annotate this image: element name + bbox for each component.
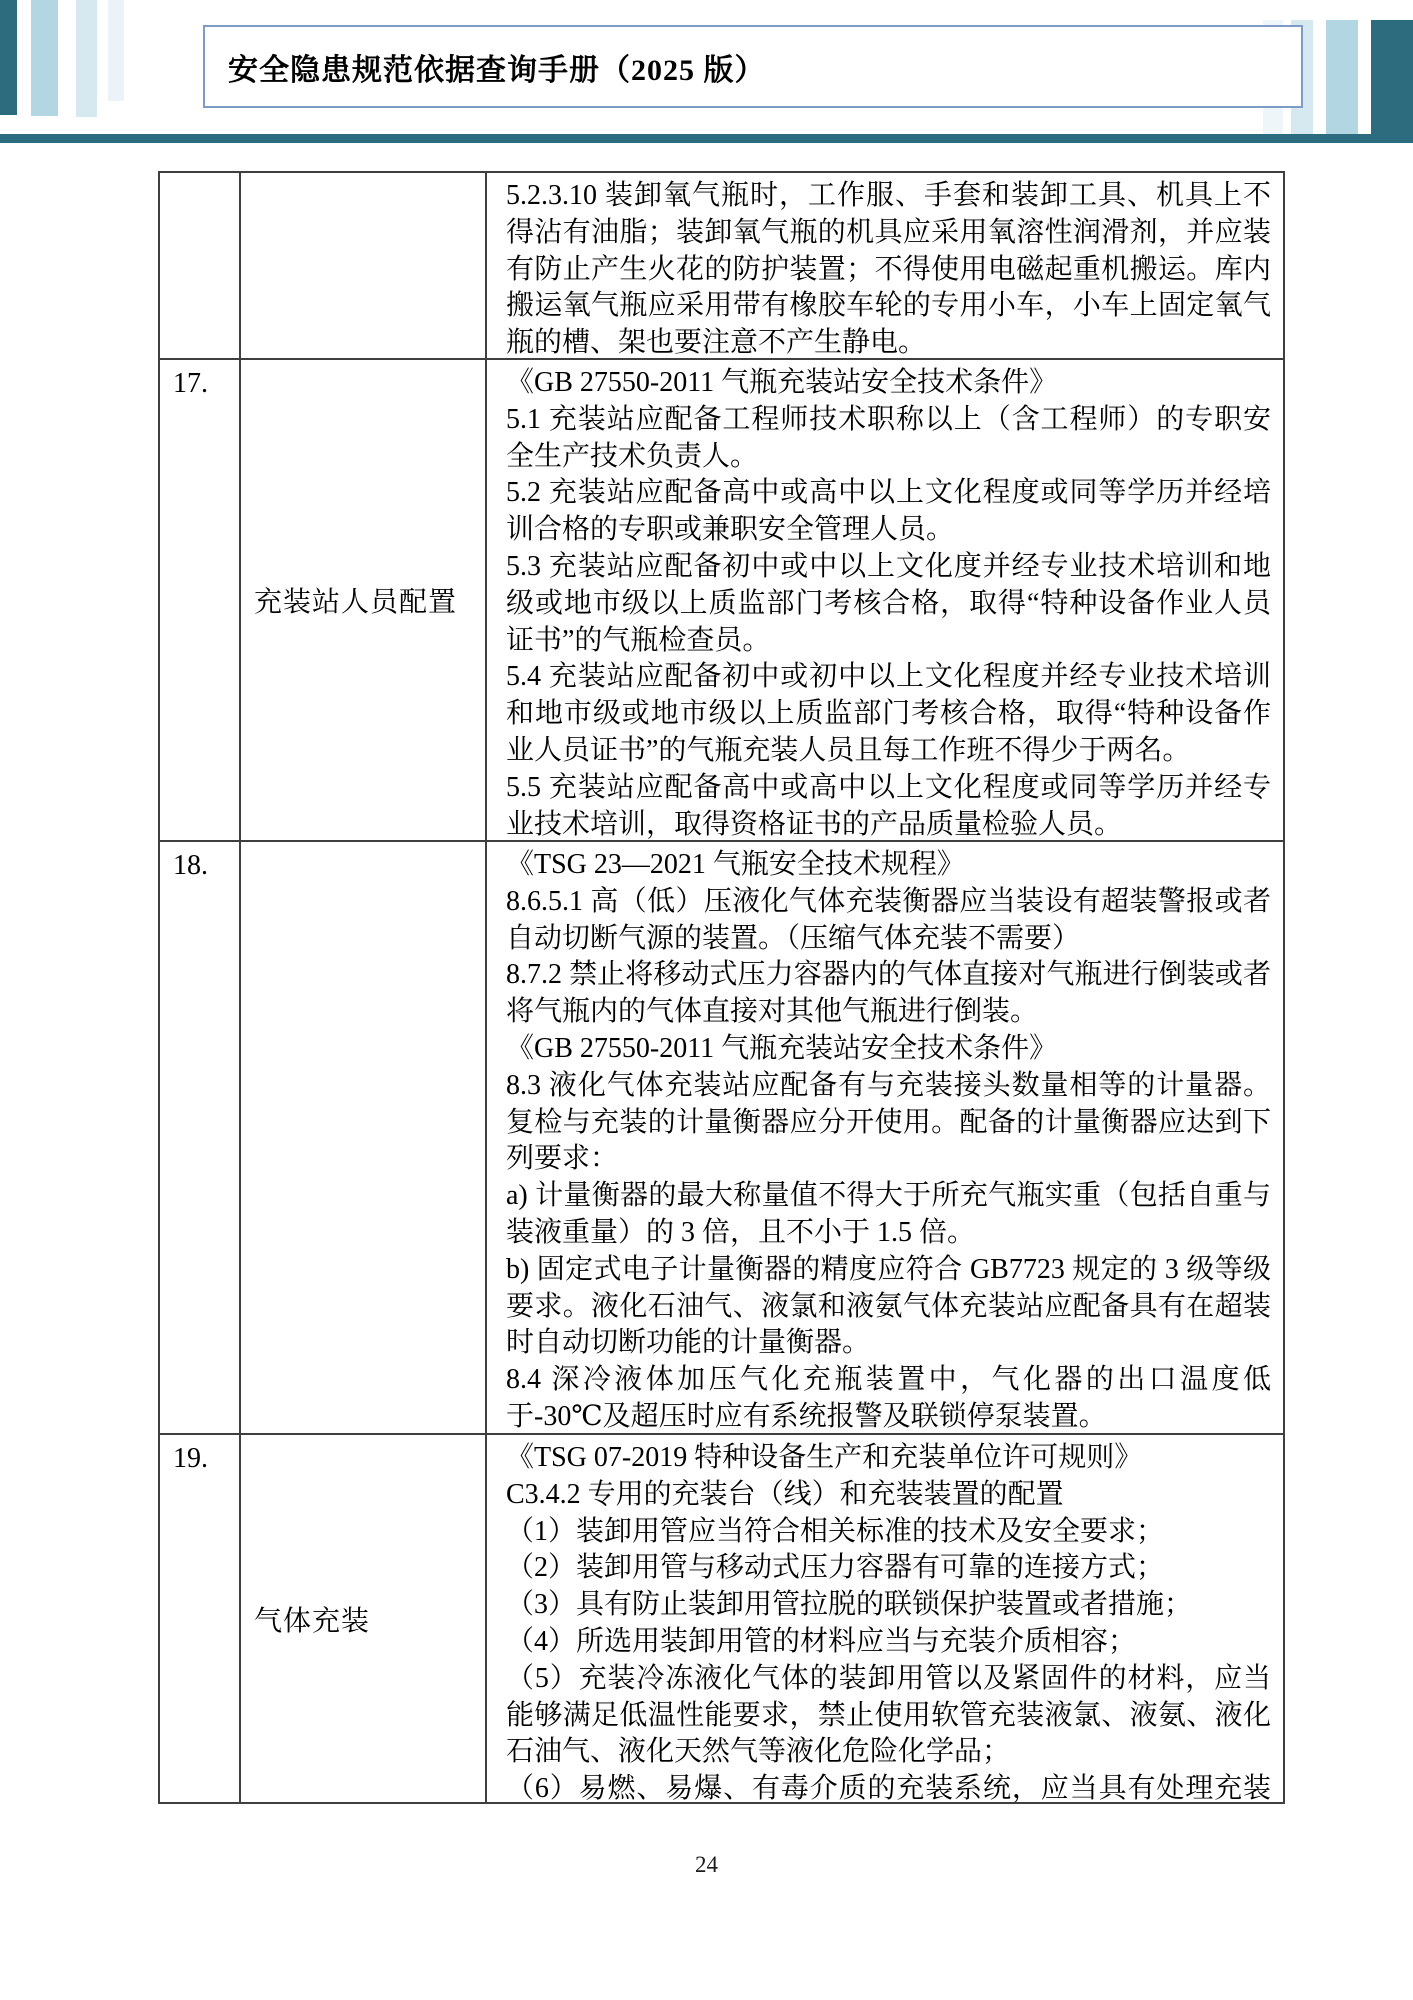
regulation-paragraph: 5.1 充装站应配备工程师技术职称以上（含工程师）的专职安全生产技术负责人。 xyxy=(506,402,1271,476)
left-blue-stripe-3 xyxy=(108,0,124,101)
regulation-paragraph: 8.6.5.1 高（低）压液化气体充装衡器应当装设有超装警报或者自动切断气源的装… xyxy=(506,884,1271,958)
regulation-paragraph: 8.7.2 禁止将移动式压力容器内的气体直接对气瓶进行倒装或者将气瓶内的气体直接… xyxy=(506,957,1271,1031)
left-teal-bar xyxy=(0,0,17,115)
row-content-cell: 《TSG 07-2019 特种设备生产和充装单位许可规则》 C3.4.2 专用的… xyxy=(487,1435,1285,1804)
regulation-paragraph: （5）充装冷冻液化气体的装卸用管以及紧固件的材料，应当能够满足低温性能要求，禁止… xyxy=(506,1661,1271,1771)
header-divider-bar xyxy=(0,134,1413,143)
regulation-paragraph: （4）所选用装卸用管的材料应当与充装介质相容； xyxy=(506,1624,1271,1661)
regulation-table: 5.2.3.10 装卸氧气瓶时，工作服、手套和装卸工具、机具上不得沾有油脂；装卸… xyxy=(158,171,1285,1804)
regulation-paragraph: （1）装卸用管应当符合相关标准的技术及安全要求； xyxy=(506,1514,1271,1551)
regulation-paragraph: 5.4 充装站应配备初中或初中以上文化程度并经专业技术培训和地市级或地市级以上质… xyxy=(506,659,1271,769)
row-number-cell xyxy=(160,173,241,360)
regulation-paragraph: （3）具有防止装卸用管拉脱的联锁保护装置或者措施； xyxy=(506,1587,1271,1624)
left-blue-stripe-2 xyxy=(76,0,97,117)
regulation-paragraph: 8.3 液化气体充装站应配备有与充装接头数量相等的计量器。复检与充装的计量衡器应… xyxy=(506,1068,1271,1178)
row-category-cell xyxy=(241,842,487,1435)
page-title: 安全隐患规范依据查询手册（2025 版） xyxy=(228,45,766,89)
table-row: 17. 充装站人员配置 《GB 27550-2011 气瓶充装站安全技术条件》 … xyxy=(160,360,1285,842)
row-category-cell: 气体充装 xyxy=(241,1435,487,1804)
row-content-cell: 5.2.3.10 装卸氧气瓶时，工作服、手套和装卸工具、机具上不得沾有油脂；装卸… xyxy=(487,173,1285,360)
regulation-paragraph: a) 计量衡器的最大称量值不得大于所充气瓶实重（包括自重与装液重量）的 3 倍，… xyxy=(506,1178,1271,1252)
page-number: 24 xyxy=(0,1852,1413,1878)
regulation-paragraph: b) 固定式电子计量衡器的精度应符合 GB7723 规定的 3 级等级要求。液化… xyxy=(506,1252,1271,1362)
right-teal-block xyxy=(1371,20,1413,141)
regulation-paragraph: 5.5 充装站应配备高中或高中以上文化程度或同等学历并经专业技术培训，取得资格证… xyxy=(506,770,1271,842)
regulation-paragraph: （2）装卸用管与移动式压力容器有可靠的连接方式； xyxy=(506,1550,1271,1587)
table-row: 18. 《TSG 23—2021 气瓶安全技术规程》 8.6.5.1 高（低）压… xyxy=(160,842,1285,1435)
regulation-paragraph: 8.4 深冷液体加压气化充瓶装置中，气化器的出口温度低于-30℃及超压时应有系统… xyxy=(506,1362,1271,1435)
header-title-box: 安全隐患规范依据查询手册（2025 版） xyxy=(203,25,1303,108)
row-content-cell: 《TSG 23—2021 气瓶安全技术规程》 8.6.5.1 高（低）压液化气体… xyxy=(487,842,1285,1435)
regulation-paragraph: 5.2.3.10 装卸氧气瓶时，工作服、手套和装卸工具、机具上不得沾有油脂；装卸… xyxy=(506,178,1271,360)
row-content-cell: 《GB 27550-2011 气瓶充装站安全技术条件》 5.1 充装站应配备工程… xyxy=(487,360,1285,842)
left-blue-stripe-1 xyxy=(31,0,58,116)
row-category-cell: 充装站人员配置 xyxy=(241,360,487,842)
regulation-paragraph: C3.4.2 专用的充装台（线）和充装装置的配置 xyxy=(506,1477,1271,1514)
regulation-paragraph: 5.2 充装站应配备高中或高中以上文化程度或同等学历并经培训合格的专职或兼职安全… xyxy=(506,475,1271,549)
regulation-paragraph: （6）易燃、易爆、有毒介质的充装系统，应当具有处理充装前 xyxy=(506,1771,1271,1804)
row-number-cell: 19. xyxy=(160,1435,241,1804)
regulation-paragraph: 《GB 27550-2011 气瓶充装站安全技术条件》 xyxy=(506,1031,1271,1068)
regulation-paragraph: 《GB 27550-2011 气瓶充装站安全技术条件》 xyxy=(506,365,1271,402)
right-blue-stripe-1 xyxy=(1326,20,1358,135)
table-row: 19. 气体充装 《TSG 07-2019 特种设备生产和充装单位许可规则》 C… xyxy=(160,1435,1285,1804)
row-number-cell: 17. xyxy=(160,360,241,842)
regulation-paragraph: 5.3 充装站应配备初中或中以上文化度并经专业技术培训和地级或地市级以上质监部门… xyxy=(506,549,1271,659)
row-number-cell: 18. xyxy=(160,842,241,1435)
table-row: 5.2.3.10 装卸氧气瓶时，工作服、手套和装卸工具、机具上不得沾有油脂；装卸… xyxy=(160,173,1285,360)
row-category-cell xyxy=(241,173,487,360)
regulation-paragraph: 《TSG 07-2019 特种设备生产和充装单位许可规则》 xyxy=(506,1440,1271,1477)
regulation-paragraph: 《TSG 23—2021 气瓶安全技术规程》 xyxy=(506,847,1271,884)
document-page: 安全隐患规范依据查询手册（2025 版） 5.2.3.10 装卸氧气瓶时，工作服… xyxy=(0,0,1413,2000)
